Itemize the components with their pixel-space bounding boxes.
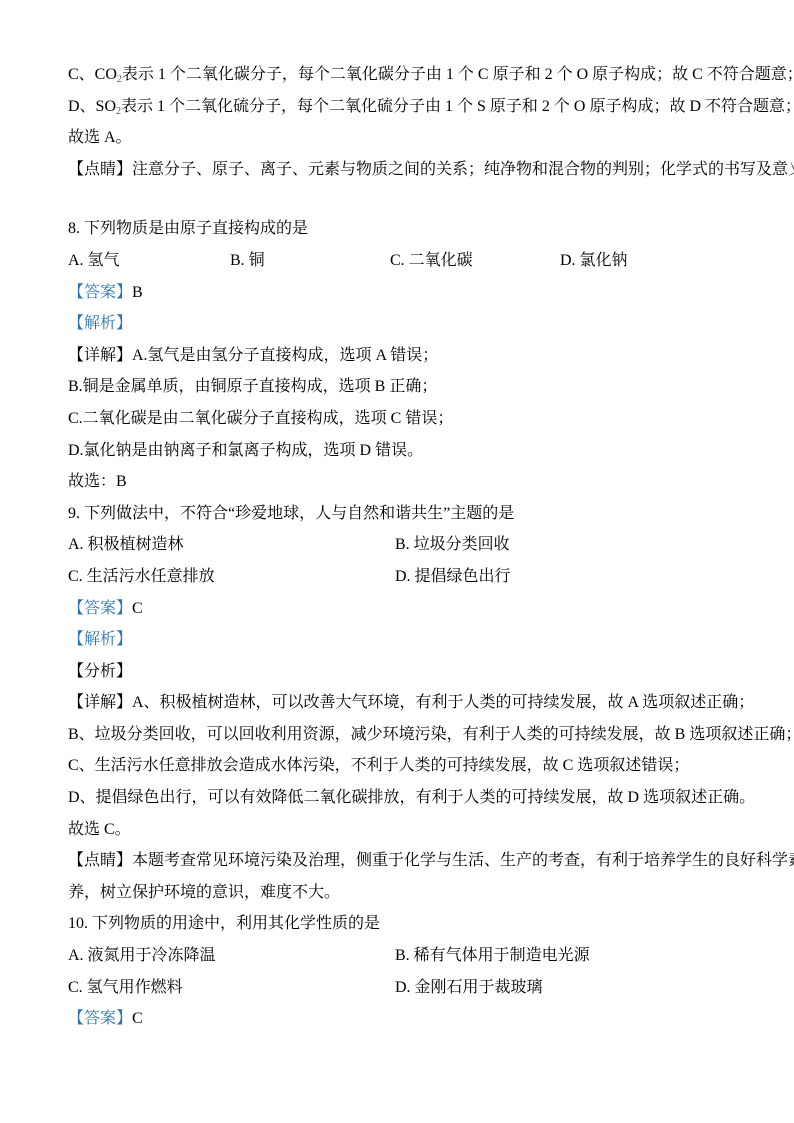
- q10-options-row1: A. 液氮用于冷冻降温B. 稀有气体用于制造电光源: [68, 940, 726, 972]
- q8-options: A. 氢气B. 铜C. 二氧化碳D. 氯化钠: [68, 245, 726, 277]
- q8-option-a: A. 氢气: [68, 245, 120, 277]
- q10-answer: 【答案】C: [68, 1003, 726, 1035]
- q8-option-b: B. 铜: [230, 245, 265, 277]
- q9-stem: 9. 下列做法中，不符合“珍爱地球，人与自然和谐共生”主题的是: [68, 498, 726, 530]
- q9-analysis-label: 【分析】: [68, 656, 726, 688]
- q9-explain-label: 【解析】: [68, 624, 726, 656]
- text-segment: D、SO: [68, 98, 116, 115]
- text-segment: 故选：B: [68, 473, 127, 490]
- q10-option-c: C. 氢气用作燃料: [68, 972, 183, 1004]
- q7-analysis-option-c: C、CO2表示 1 个二氧化碳分子，每个二氧化碳分子由 1 个 C 原子和 2 …: [68, 59, 726, 91]
- q10-stem: 10. 下列物质的用途中，利用其化学性质的是: [68, 908, 726, 940]
- q8-answer: 【答案】B: [68, 277, 726, 309]
- q9-detail-d: D、提倡绿色出行，可以有效降低二氧化碳排放，有利于人类的可持续发展，故 D 选项…: [68, 782, 726, 814]
- q9-option-a: A. 积极植树造林: [68, 529, 184, 561]
- text-segment: C.二氧化碳是由二氧化碳分子直接构成，选项 C 错误；: [68, 410, 453, 427]
- q8-explain-label: 【解析】: [68, 308, 726, 340]
- q8-detail-b: B.铜是金属单质，由铜原子直接构成，选项 B 正确；: [68, 371, 726, 403]
- answer-label: 【答案】: [68, 1010, 132, 1027]
- q9-tips-line1: 【点睛】本题考查常见环境污染及治理，侧重于化学与生活、生产的考查，有利于培养学生…: [68, 845, 726, 877]
- q7-tips: 【点睛】注意分子、原子、离子、元素与物质之间的关系；纯净物和混合物的判别；化学式…: [68, 154, 726, 186]
- text-segment: 【详解】A.氢气是由氢分子直接构成，选项 A 错误；: [68, 347, 438, 364]
- text-segment: 故选 A。: [68, 129, 132, 146]
- q8-detail-c: C.二氧化碳是由二氧化碳分子直接构成，选项 C 错误；: [68, 403, 726, 435]
- q10-options-row2: C. 氢气用作燃料D. 金刚石用于裁玻璃: [68, 972, 726, 1004]
- q7-conclusion: 故选 A。: [68, 122, 726, 154]
- text-segment: 表示 1 个二氧化碳分子，每个二氧化碳分子由 1 个 C 原子和 2 个 O 原…: [122, 66, 794, 83]
- q9-detail-a: 【详解】A、积极植树造林，可以改善大气环境，有利于人类的可持续发展，故 A 选项…: [68, 687, 726, 719]
- text-segment: 【点睛】注意分子、原子、离子、元素与物质之间的关系；纯净物和混合物的判别；化学式…: [68, 161, 794, 178]
- text-segment: D、提倡绿色出行，可以有效降低二氧化碳排放，有利于人类的可持续发展，故 D 选项…: [68, 789, 755, 806]
- text-segment: 10. 下列物质的用途中，利用其化学性质的是: [68, 915, 380, 932]
- text-segment: 【分析】: [68, 663, 132, 680]
- q9-detail-c: C、生活污水任意排放会造成水体污染，不利于人类的可持续发展，故 C 选项叙述错误…: [68, 750, 726, 782]
- q9-option-d: D. 提倡绿色出行: [395, 561, 511, 593]
- answer-label: 【答案】: [68, 600, 132, 617]
- q9-options-row1: A. 积极植树造林B. 垃圾分类回收: [68, 529, 726, 561]
- text-segment: C、生活污水任意排放会造成水体污染，不利于人类的可持续发展，故 C 选项叙述错误…: [68, 757, 689, 774]
- document-page: C、CO2表示 1 个二氧化碳分子，每个二氧化碳分子由 1 个 C 原子和 2 …: [0, 0, 794, 1123]
- text-segment: C、CO: [68, 66, 117, 83]
- answer-value: C: [132, 1010, 143, 1027]
- q8-stem: 8. 下列物质是由原子直接构成的是: [68, 213, 726, 245]
- q10-option-d: D. 金刚石用于裁玻璃: [395, 972, 543, 1004]
- answer-value: C: [132, 600, 143, 617]
- text-segment: B.铜是金属单质，由铜原子直接构成，选项 B 正确；: [68, 378, 437, 395]
- explain-label: 【解析】: [68, 631, 132, 648]
- explain-label: 【解析】: [68, 315, 132, 332]
- q9-answer: 【答案】C: [68, 593, 726, 625]
- text-segment: 9. 下列做法中，不符合“珍爱地球，人与自然和谐共生”主题的是: [68, 505, 514, 522]
- text-segment: 表示 1 个二氧化硫分子，每个二氧化硫分子由 1 个 S 原子和 2 个 O 原…: [121, 98, 794, 115]
- answer-label: 【答案】: [68, 284, 132, 301]
- q9-detail-b: B、垃圾分类回收，可以回收利用资源，减少环境污染，有利于人类的可持续发展，故 B…: [68, 719, 726, 751]
- q9-options-row2: C. 生活污水任意排放D. 提倡绿色出行: [68, 561, 726, 593]
- q8-detail-d: D.氯化钠是由钠离子和氯离子构成，选项 D 错误。: [68, 435, 726, 467]
- q8-conclusion: 故选：B: [68, 466, 726, 498]
- q9-tips-line2: 养，树立保护环境的意识，难度不大。: [68, 877, 726, 909]
- text-segment: B、垃圾分类回收，可以回收利用资源，减少环境污染，有利于人类的可持续发展，故 B…: [68, 726, 794, 743]
- text-segment: 8. 下列物质是由原子直接构成的是: [68, 220, 308, 237]
- q9-option-b: B. 垃圾分类回收: [395, 529, 510, 561]
- q8-detail-a: 【详解】A.氢气是由氢分子直接构成，选项 A 错误；: [68, 340, 726, 372]
- q8-option-d: D. 氯化钠: [560, 245, 628, 277]
- text-segment: 故选 C。: [68, 821, 131, 838]
- q9-option-c: C. 生活污水任意排放: [68, 561, 215, 593]
- text-segment: 养，树立保护环境的意识，难度不大。: [68, 884, 340, 901]
- text-segment: D.氯化钠是由钠离子和氯离子构成，选项 D 错误。: [68, 442, 423, 459]
- q10-option-a: A. 液氮用于冷冻降温: [68, 940, 216, 972]
- q10-option-b: B. 稀有气体用于制造电光源: [395, 940, 590, 972]
- text-segment: 【点睛】本题考查常见环境污染及治理，侧重于化学与生活、生产的考查，有利于培养学生…: [68, 852, 794, 869]
- text-segment: 【详解】A、积极植树造林，可以改善大气环境，有利于人类的可持续发展，故 A 选项…: [68, 694, 754, 711]
- q7-analysis-option-d: D、SO2表示 1 个二氧化硫分子，每个二氧化硫分子由 1 个 S 原子和 2 …: [68, 91, 726, 123]
- q8-option-c: C. 二氧化碳: [390, 245, 473, 277]
- answer-value: B: [132, 284, 143, 301]
- q9-conclusion: 故选 C。: [68, 814, 726, 846]
